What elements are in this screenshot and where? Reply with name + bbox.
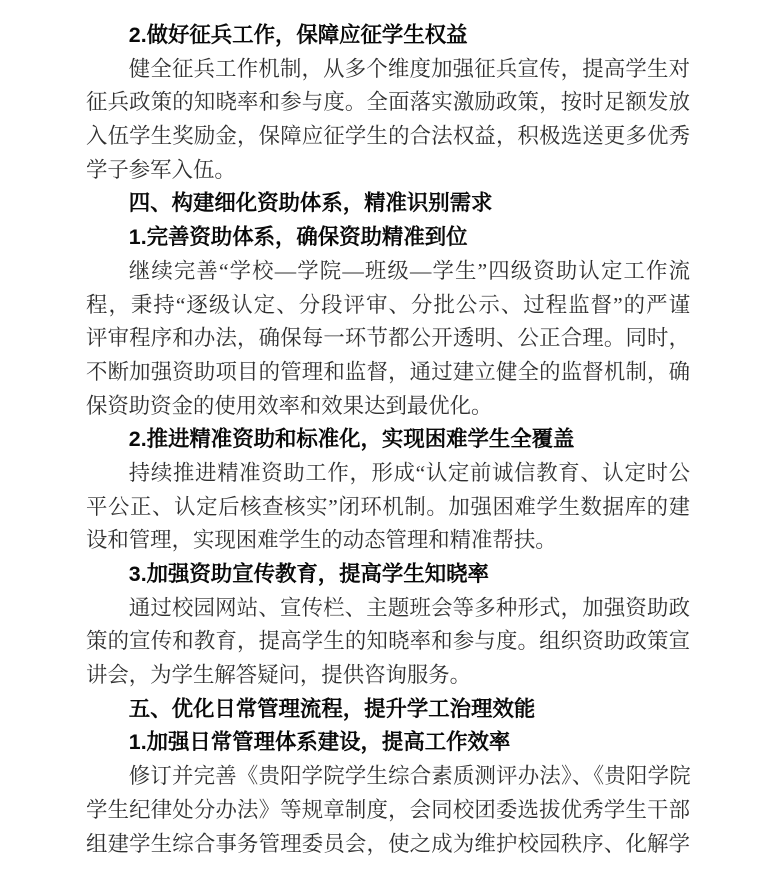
text-line: 保资助资金的使用效率和效果达到最优化。 <box>86 390 690 424</box>
text-line: 设和管理，实现困难学生的动态管理和精准帮扶。 <box>86 524 690 558</box>
text-line: 入伍学生奖励金，保障应征学生的合法权益，积极选送更多优秀 <box>86 120 690 154</box>
text-line: 1.完善资助体系，确保资助精准到位 <box>86 221 690 255</box>
para-funding-publicity: 通过校园网站、宣传栏、主题班会等多种形式，加强资助政 策的宣传和教育，提高学生的… <box>86 592 690 693</box>
para-precision-funding: 持续推进精准资助工作，形成“认定前诚信教育、认定时公 平公正、认定后核查核实”闭… <box>86 457 690 558</box>
text-line: 通过校园网站、宣传栏、主题班会等多种形式，加强资助政 <box>86 592 690 626</box>
para-funding-system: 继续完善“学校—学院—班级—学生”四级资助认定工作流 程，秉持“逐级认定、分段评… <box>86 255 690 423</box>
text-line: 五、优化日常管理流程，提升学工治理效能 <box>86 693 690 727</box>
text-line: 讲会，为学生解答疑问，提供咨询服务。 <box>86 659 690 693</box>
section-heading-four: 四、构建细化资助体系，精准识别需求 <box>86 187 690 221</box>
document-page: 2.做好征兵工作，保障应征学生权益 健全征兵工作机制，从多个维度加强征兵宣传，提… <box>0 0 774 889</box>
text-line: 1.加强日常管理体系建设，提高工作效率 <box>86 726 690 760</box>
text-line: 持续推进精准资助工作，形成“认定前诚信教育、认定时公 <box>86 457 690 491</box>
text-line: 3.加强资助宣传教育，提高学生知晓率 <box>86 558 690 592</box>
text-line: 四、构建细化资助体系，精准识别需求 <box>86 187 690 221</box>
text-line: 学子参军入伍。 <box>86 154 690 188</box>
text-line: 平公正、认定后核查核实”闭环机制。加强困难学生数据库的建 <box>86 491 690 525</box>
subheading-conscription: 2.做好征兵工作，保障应征学生权益 <box>86 19 690 53</box>
text-line: 2.推进精准资助和标准化，实现困难学生全覆盖 <box>86 423 690 457</box>
text-line: 健全征兵工作机制，从多个维度加强征兵宣传，提高学生对 <box>86 53 690 87</box>
text-line: 程，秉持“逐级认定、分段评审、分批公示、过程监督”的严谨 <box>86 289 690 323</box>
section-heading-five: 五、优化日常管理流程，提升学工治理效能 <box>86 693 690 727</box>
text-line: 征兵政策的知晓率和参与度。全面落实激励政策，按时足额发放 <box>86 86 690 120</box>
subheading-funding-system: 1.完善资助体系，确保资助精准到位 <box>86 221 690 255</box>
subheading-precision-funding: 2.推进精准资助和标准化，实现困难学生全覆盖 <box>86 423 690 457</box>
para-daily-management: 修订并完善《贵阳学院学生综合素质测评办法》、《贵阳学院 学生纪律处分办法》等规章… <box>86 760 690 861</box>
subheading-daily-management: 1.加强日常管理体系建设，提高工作效率 <box>86 726 690 760</box>
text-line: 继续完善“学校—学院—班级—学生”四级资助认定工作流 <box>86 255 690 289</box>
text-line: 组建学生综合事务管理委员会，使之成为维护校园秩序、化解学 <box>86 828 690 862</box>
text-line: 不断加强资助项目的管理和监督，通过建立健全的监督机制，确 <box>86 356 690 390</box>
text-line: 评审程序和办法，确保每一环节都公开透明、公正合理。同时， <box>86 322 690 356</box>
text-line: 策的宣传和教育，提高学生的知晓率和参与度。组织资助政策宣 <box>86 625 690 659</box>
text-line: 2.做好征兵工作，保障应征学生权益 <box>86 19 690 53</box>
text-line: 学生纪律处分办法》等规章制度，会同校团委选拔优秀学生干部 <box>86 794 690 828</box>
para-conscription: 健全征兵工作机制，从多个维度加强征兵宣传，提高学生对 征兵政策的知晓率和参与度。… <box>86 53 690 188</box>
subheading-funding-publicity: 3.加强资助宣传教育，提高学生知晓率 <box>86 558 690 592</box>
text-line: 修订并完善《贵阳学院学生综合素质测评办法》、《贵阳学院 <box>86 760 690 794</box>
